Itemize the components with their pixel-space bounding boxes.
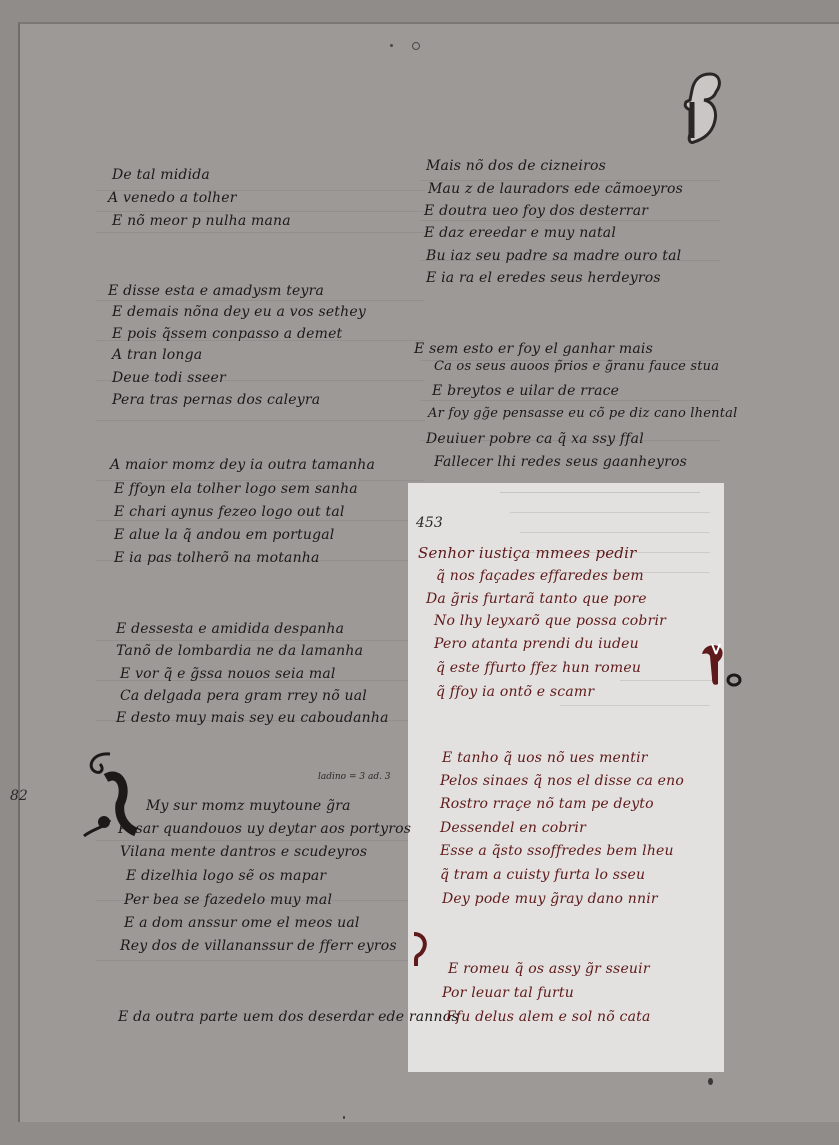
verse-line: E dessesta e amidida despanha <box>116 620 344 638</box>
verse-line: E nõ meor p nulha mana <box>112 212 291 230</box>
verse-line: E ffoyn ela tolher logo sem sanha <box>114 480 358 498</box>
verse-line: My sur momz muytoune g̃ra <box>146 797 351 815</box>
verse-line: Mais nõ dos de cizneiros <box>426 157 606 175</box>
verse-line: A maior momz dey ia outra tamanha <box>110 456 375 474</box>
verse-line: Pelos sinaes q̃ nos el disse ca eno <box>440 772 684 790</box>
verse-line: q̃ nos façades effaredes bem <box>436 567 644 585</box>
ink-speck <box>343 1116 345 1119</box>
verse-line: Fallecer lhi redes seus gaanheyros <box>434 453 687 471</box>
verse-line: Por leuar tal furtu <box>442 984 574 1002</box>
verse-line: Da g̃ris furtarã tanto que pore <box>426 590 647 608</box>
verse-line: Rey dos de villananssur de fferr eyros <box>120 937 397 955</box>
verse-line: Tanõ de lombardia ne da lamanha <box>116 642 363 660</box>
decorative-flourish-icon <box>410 930 430 970</box>
decorative-initial-b-icon <box>680 70 724 154</box>
ink-dot <box>390 44 393 47</box>
verse-line: E ia pas tolherõ na motanha <box>114 549 320 567</box>
verse-line: E vor q̃ e g̃ssa nouos seia mal <box>120 665 336 683</box>
verse-line: E alue la q̃ andou em portugal <box>114 526 334 544</box>
verse-line: Rostro rraçe nõ tam pe deyto <box>440 795 654 813</box>
verse-line: Pera tras pernas dos caleyra <box>112 391 320 409</box>
verse-line: E ia ra el eredes seus herdeyros <box>426 269 661 287</box>
verse-line: q̃ este ffurto ffez hun romeu <box>436 659 641 677</box>
verse-line: E doutra ueo foy dos desterrar <box>424 202 648 220</box>
verse-line: E demais nõna dey eu a vos sethey <box>112 303 366 321</box>
verse-line: Per bea se fazedelo muy mal <box>124 891 332 909</box>
verse-line: q̃ ffoy ia ontõ e scamr <box>436 683 594 701</box>
verse-line: Dessendel en cobrir <box>440 819 586 837</box>
verse-line: Esse a q̃sto ssoffredes bem lheu <box>440 842 674 860</box>
verse-line: Deuiuer pobre ca q̃ xa ssy ffal <box>426 430 644 448</box>
ink-speck <box>708 1078 713 1085</box>
verse-line: Mau z de lauradors ede cãmoeyros <box>428 180 683 198</box>
verse-line: E pois q̃ssem conpasso a demet <box>112 325 342 343</box>
verse-line: E daz ereedar e muy natal <box>424 224 616 242</box>
ink-dot <box>412 42 420 50</box>
verse-line: E a dom anssur ome el meos ual <box>124 914 360 932</box>
verse-line: E sem esto er foy el ganhar mais <box>414 340 653 358</box>
verse-line: A venedo a tolher <box>108 189 237 207</box>
verse-line: E da outra parte uem dos deserdar ede ra… <box>118 1008 459 1026</box>
verse-line: E breytos e uilar de rrace <box>432 382 619 400</box>
verse-line: Ca delgada pera gram rrey nõ ual <box>120 687 367 705</box>
verse-line: A tran longa <box>112 346 202 364</box>
verse-line: E tanho q̃ uos nõ ues mentir <box>442 749 648 767</box>
verse-line: Deue todi sseer <box>112 369 226 387</box>
poem-number: 453 <box>416 515 443 531</box>
verse-line: Vilana mente dantros e scudeyros <box>120 843 367 861</box>
verse-line: E romeu q̃ os assy g̃r sseuir <box>448 960 650 978</box>
verse-line: Senhor iustiça mmees pedir <box>418 544 636 562</box>
verse-line: Dey pode muy g̃ray dano nnir <box>442 890 658 908</box>
verse-line: Bu iaz seu padre sa madre ouro tal <box>426 247 681 265</box>
verse-line: De tal midida <box>112 166 210 184</box>
verse-line: Ffu delus alem e sol nõ cata <box>446 1008 651 1026</box>
verse-line: Ca os seus auoos p̃rios e g̃ranu fauce s… <box>434 358 719 376</box>
decorative-initial-r-icon <box>698 640 742 690</box>
verse-line: Pero atanta prendi du iudeu <box>434 635 639 653</box>
marginal-note: ladino = 3 ad. 3 <box>318 772 391 782</box>
margin-folio-number: 82 <box>10 788 28 804</box>
verse-line: E dizelhia logo sẽ os mapar <box>126 867 326 885</box>
verse-line: E chari aynus fezeo logo out tal <box>114 503 345 521</box>
verse-line: q̃ tram a cuisty furta lo sseu <box>440 866 645 884</box>
verse-line: Ar foy gg̃e pensasse eu cõ pe diz cano l… <box>428 405 737 423</box>
verse-line: E desto muy mais sey eu caboudanha <box>116 709 389 727</box>
verse-line: E disse esta e amadysm teyra <box>108 282 324 300</box>
verse-line: No lhy leyxarõ que possa cobrir <box>434 612 666 630</box>
verse-line: Pesar quandouos uy deytar aos portyros <box>118 820 411 838</box>
